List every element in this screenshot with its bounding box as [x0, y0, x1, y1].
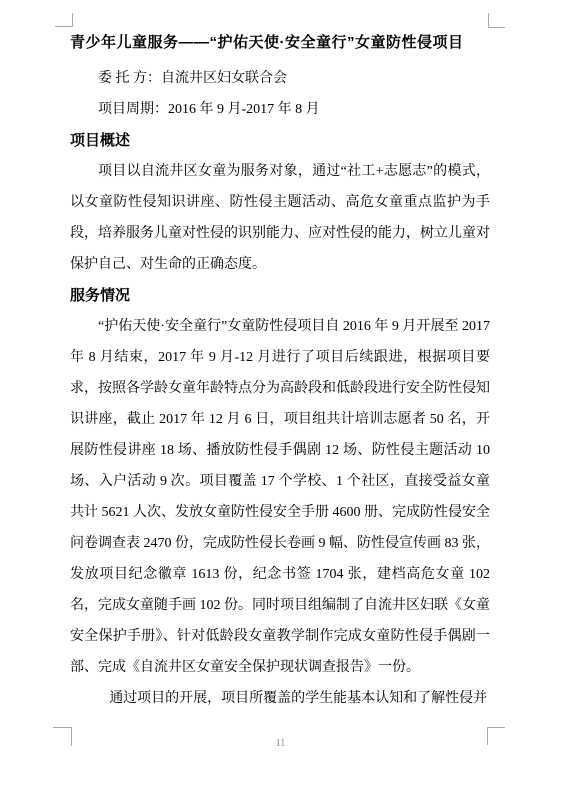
meta-row-period: 项目周期：2016 年 9 月-2017 年 8 月 — [70, 94, 490, 125]
margin-mark-top-right — [488, 13, 505, 28]
meta-label-period: 项目周期： — [98, 102, 168, 117]
meta-value-period: 2016 年 9 月-2017 年 8 月 — [168, 102, 320, 117]
meta-value-client: 自流井区妇女联合会 — [161, 71, 287, 86]
document-title: 青少年儿童服务——“护佑天使·安全童行”女童防性侵项目 — [70, 26, 490, 60]
document-content: 青少年儿童服务——“护佑天使·安全童行”女童防性侵项目 委 托 方：自流井区妇女… — [70, 0, 490, 714]
section-heading-service: 服务情况 — [70, 280, 490, 311]
document-page: 青少年儿童服务——“护佑天使·安全童行”女童防性侵项目 委 托 方：自流井区妇女… — [0, 0, 561, 786]
section-heading-overview: 项目概述 — [70, 125, 490, 156]
meta-label-client: 委 托 方： — [98, 71, 161, 86]
meta-row-client: 委 托 方：自流井区妇女联合会 — [70, 63, 490, 94]
paragraph-service-details: “护佑天使·安全童行”女童防性侵项目自 2016 年 9 月开展至 2017 年… — [70, 311, 490, 683]
paragraph-overview: 项目以自流井区女童为服务对象，通过“社工+志愿志”的模式，以女童防性侵知识讲座、… — [70, 156, 490, 280]
paragraph-service-outcome: 通过项目的开展，项目所覆盖的学生能基本认知和了解性侵并 — [70, 683, 490, 714]
page-number: 11 — [0, 738, 561, 749]
